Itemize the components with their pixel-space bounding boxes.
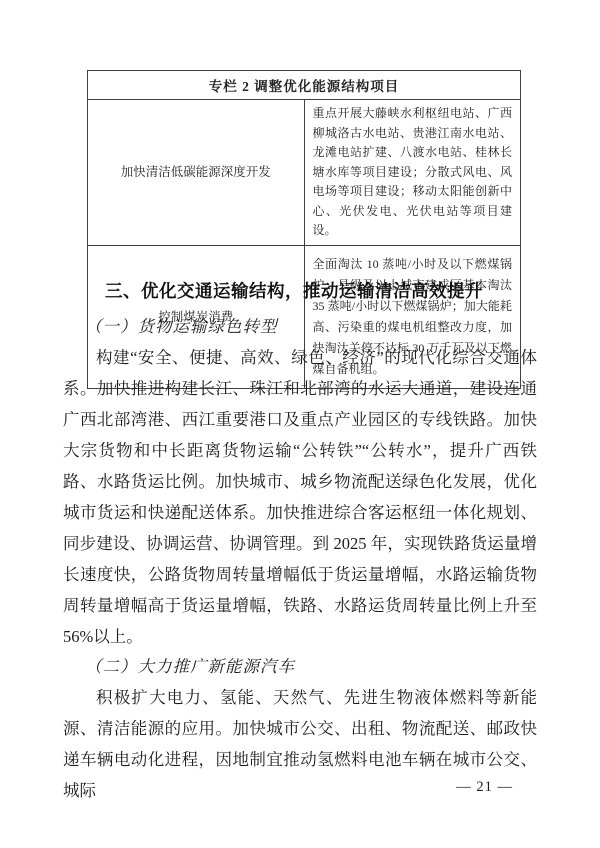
row-label-clean-energy: 加快清洁低碳能源深度开发 xyxy=(88,100,305,246)
subsection-title-freight-transition: （一）货物运输绿色转型 xyxy=(85,312,537,342)
row-content-clean-energy: 重点开展大藤峡水利枢纽电站、广西柳城洛古水电站、贵港江南水电站、龙滩电站扩建、八… xyxy=(304,100,521,246)
section-heading: 三、优化交通运输结构，推动运输清洁高效提升 xyxy=(105,279,537,303)
table-row: 加快清洁低碳能源深度开发 重点开展大藤峡水利枢纽电站、广西柳城洛古水电站、贵港江… xyxy=(88,100,521,246)
subsection-title-new-energy-vehicles: （二）大力推广新能源汽车 xyxy=(85,652,537,682)
document-page: 专栏 2 调整优化能源结构项目 加快清洁低碳能源深度开发 重点开展大藤峡水利枢纽… xyxy=(0,0,600,848)
body-paragraph-freight-transition: 构建“安全、便捷、高效、绿色、经济”的现代化综合交通体系。加快推进构建长江、珠江… xyxy=(63,342,537,652)
page-number: — 21 — xyxy=(456,779,513,796)
table-title-row: 专栏 2 调整优化能源结构项目 xyxy=(88,71,521,100)
table-title: 专栏 2 调整优化能源结构项目 xyxy=(88,71,521,100)
document-body: 三、优化交通运输结构，推动运输清洁高效提升 （一）货物运输绿色转型 构建“安全、… xyxy=(63,279,537,806)
